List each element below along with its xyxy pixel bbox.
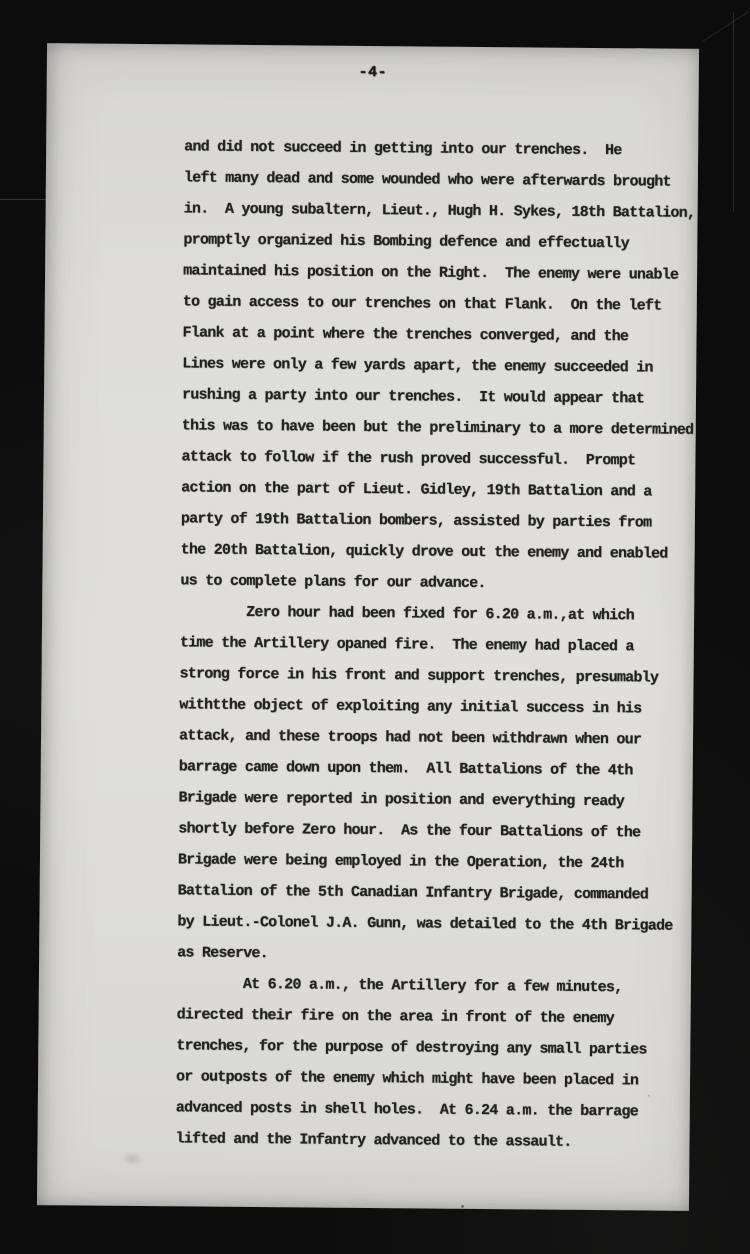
text-line: action on the part of Lieut. Gidley, 19t… [181,472,699,508]
text-line: Flank at a point where the trenches conv… [182,317,699,353]
typewritten-text-body: and did not succeed in getting into our … [175,131,699,1158]
text-line: us to complete plans for our advance. [180,565,699,601]
text-line: or outposts of the enemy which might hav… [176,1061,696,1097]
text-line: lifted and the Infantry advanced to the … [175,1123,695,1159]
text-line: in. A young subaltern, Lieut., Hugh H. S… [184,193,700,229]
paper-smudge [121,1152,143,1166]
text-line: attack, and these troops had not been wi… [179,720,699,756]
text-line: Battalion of the 5th Canadian Infantry B… [178,875,698,911]
text-line: as Reserve. [177,937,697,973]
text-line: this was to have been but the preliminar… [182,410,699,446]
text-line: shortly before Zero hour. As the four Ba… [178,813,698,849]
text-line: and did not succeed in getting into our … [184,131,699,167]
text-line: to gain access to our trenches on that F… [183,286,699,322]
text-line: attack to follow if the rush proved succ… [181,441,699,477]
document-page: -4- and did not succeed in getting into … [37,43,699,1211]
text-line: Lines were only a few yards apart, the e… [182,348,699,384]
text-line: withtthe object of exploiting any initia… [179,689,699,725]
text-line: rushing a party into our trenches. It wo… [182,379,699,415]
text-line: left many dead and some wounded who were… [184,162,699,198]
text-line: the 20th Battalion, quickly drove out th… [181,534,700,570]
text-line: promptly organized his Bombing defence a… [183,224,699,260]
text-line: Brigade were reported in position and ev… [178,782,698,818]
text-line: time the Artillery opaned fire. The enem… [180,627,699,663]
text-line: At 6.20 a.m., the Artillery for a few mi… [177,968,697,1004]
page-number: -4- [47,61,699,84]
text-line: maintained his position on the Right. Th… [183,255,699,291]
text-line: trenches, for the purpose of destroying … [176,1030,696,1066]
text-line: directed their fire on the area in front… [176,999,696,1035]
paper-speck [461,1205,464,1208]
text-line: Brigade were being employed in the Opera… [178,844,698,880]
text-line: by Lieut.-Colonel J.A. Gunn, was detaile… [177,906,697,942]
text-line: strong force in his front and support tr… [179,658,699,694]
text-line: Zero hour had been fixed for 6.20 a.m.,a… [180,596,699,632]
text-line: party of 19th Battalion bombers, assiste… [181,503,699,539]
text-line: advanced posts in shell holes. At 6.24 a… [176,1092,696,1128]
text-line: barrage came down upon them. All Battali… [179,751,699,787]
